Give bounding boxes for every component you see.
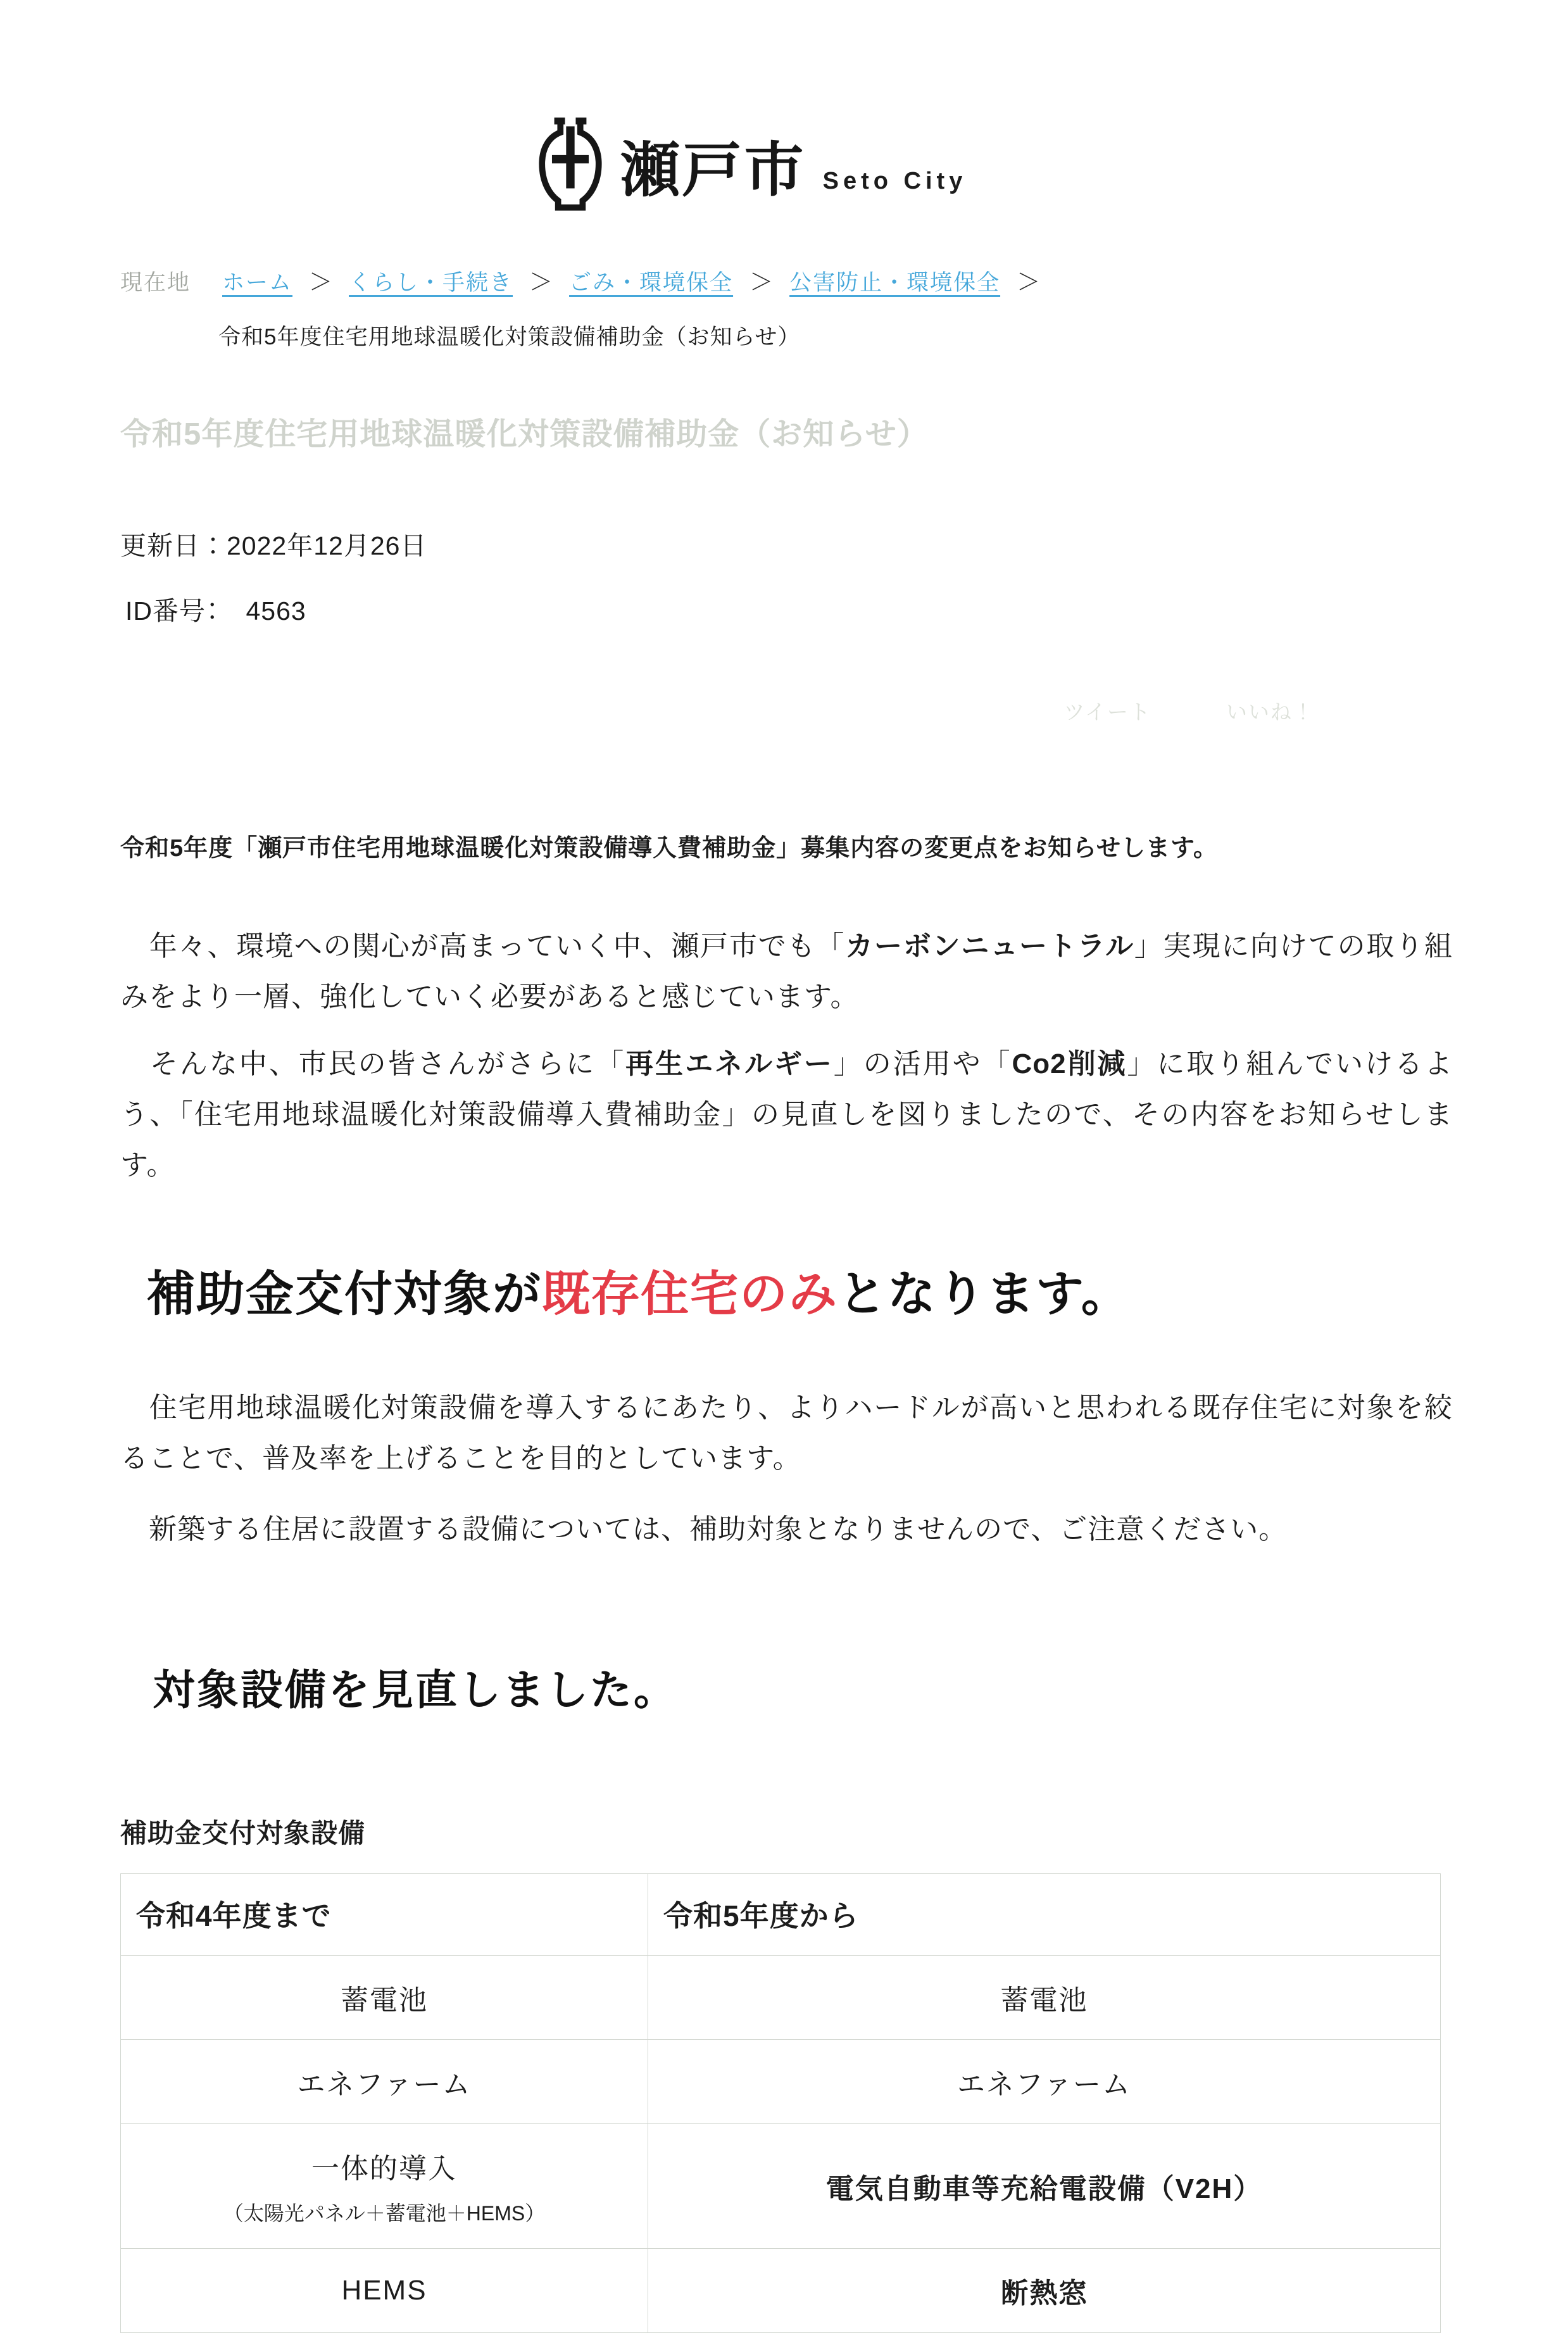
page-id-number: ID番号： 4563 (120, 590, 1453, 627)
cell-old-hems: HEMS (121, 2249, 648, 2333)
announcement-text: 令和5年度「瀬戸市住宅用地球温暖化対策設備導入費補助金」募集内容の変更点をお知ら… (120, 828, 1453, 863)
cell-old-integrated-installation: 一体的導入 （太陽光パネル＋蓄電池＋HEMS） (121, 2124, 648, 2249)
bold-co2-reduction: Co2削減 (1012, 1048, 1127, 1079)
cell-note-text: （太陽光パネル＋蓄電池＋HEMS） (127, 2198, 641, 2227)
tweet-button[interactable]: ツイート (1064, 696, 1151, 726)
breadcrumb-current-page: 令和5年度住宅用地球温暖化対策設備補助金（お知らせ） (218, 320, 1453, 351)
page: 瀬戸市 Seto City 現在地 ホーム ＞ くらし・手続き ＞ ごみ・環境保… (0, 0, 1568, 2333)
cell-new-storage-battery: 蓄電池 (648, 1956, 1441, 2040)
updated-date: 更新日：2022年12月26日 (120, 525, 1453, 562)
breadcrumb-separator: ＞ (1017, 263, 1040, 297)
page-title: 令和5年度住宅用地球温暖化対策設備補助金（お知らせ） (120, 410, 1453, 454)
equipment-comparison-table: 令和4年度まで 令和5年度から 蓄電池 蓄電池 エネファーム エネファーム 一体… (120, 1873, 1441, 2333)
seto-city-logo: 瀬戸市 Seto City (0, 117, 1533, 212)
main-content: 現在地 ホーム ＞ くらし・手続き ＞ ごみ・環境保全 ＞ 公害防止・環境保全 … (120, 263, 1453, 2333)
city-name-en: Seto City (823, 168, 967, 195)
cell-old-storage-battery: 蓄電池 (121, 1956, 648, 2040)
heading-text: 補助金交付対象が (147, 1267, 542, 1321)
breadcrumb-link-gomi[interactable]: ごみ・環境保全 (569, 265, 733, 297)
like-button[interactable]: いいね！ (1226, 696, 1315, 726)
breadcrumb-separator: ＞ (309, 263, 332, 297)
bold-carbon-neutral: カーボンニュートラル (845, 931, 1134, 962)
paragraph-text: 年々、環境への関心が高まっていく中、瀬戸市でも「 (120, 931, 845, 962)
breadcrumb-separator: ＞ (750, 263, 773, 297)
table-header-row: 令和4年度まで 令和5年度から (121, 1874, 1441, 1956)
paragraph-text: 」の活用や「 (834, 1048, 1012, 1079)
cell-new-enefarm: エネファーム (648, 2040, 1441, 2124)
seto-city-emblem-icon (532, 117, 609, 212)
heading-equipment-review: 対象設備を見直しました。 (120, 1656, 1453, 1716)
breadcrumb-location-label: 現在地 (120, 265, 191, 297)
breadcrumb-link-home[interactable]: ホーム (222, 265, 292, 297)
breadcrumb: 現在地 ホーム ＞ くらし・手続き ＞ ごみ・環境保全 ＞ 公害防止・環境保全 … (120, 263, 1453, 351)
column-header-from-r5: 令和5年度から (648, 1874, 1441, 1956)
city-name: 瀬戸市 (620, 122, 806, 208)
paragraph-purpose: 住宅用地球温暖化対策設備を導入するにあたり、よりハードルが高いと思われる既存住宅… (120, 1383, 1453, 1484)
heading-existing-housing-only: 補助金交付対象が既存住宅のみとなります。 (120, 1255, 1453, 1324)
cell-main-text: 一体的導入 (127, 2146, 641, 2186)
cell-new-insulated-window: 断熱窓 (648, 2249, 1441, 2333)
table-row: 蓄電池 蓄電池 (121, 1956, 1441, 2040)
breadcrumb-links-row: 現在地 ホーム ＞ くらし・手続き ＞ ごみ・環境保全 ＞ 公害防止・環境保全 … (120, 263, 1453, 297)
column-header-until-r4: 令和4年度まで (121, 1874, 648, 1956)
table-caption: 補助金交付対象設備 (120, 1813, 1453, 1851)
paragraph-new-construction-note: 新築する住居に設置する設備については、補助対象となりませんので、ご注意ください。 (120, 1504, 1453, 1555)
paragraph-renewable-energy: そんな中、市民の皆さんがさらに「再生エネルギー」の活用や「Co2削減」に取り組ん… (120, 1039, 1453, 1191)
table-row: 一体的導入 （太陽光パネル＋蓄電池＋HEMS） 電気自動車等充給電設備（V2H） (121, 2124, 1441, 2249)
breadcrumb-separator: ＞ (529, 263, 553, 297)
paragraph-carbon-neutral: 年々、環境への関心が高まっていく中、瀬戸市でも「カーボンニュートラル」実現に向け… (120, 921, 1453, 1022)
table-row: エネファーム エネファーム (121, 2040, 1441, 2124)
breadcrumb-link-kurashi[interactable]: くらし・手続き (349, 265, 513, 297)
heading-red-emphasis: 既存住宅のみ (542, 1267, 838, 1321)
table-row: HEMS 断熱窓 (121, 2249, 1441, 2333)
social-buttons: ツイート いいね！ (120, 696, 1453, 726)
cell-old-enefarm: エネファーム (121, 2040, 648, 2124)
breadcrumb-link-kougai[interactable]: 公害防止・環境保全 (789, 265, 1000, 297)
cell-new-v2h: 電気自動車等充給電設備（V2H） (648, 2124, 1441, 2249)
heading-text: となります。 (838, 1267, 1131, 1321)
paragraph-text: そんな中、市民の皆さんがさらに「 (120, 1048, 625, 1079)
bold-renewable-energy: 再生エネルギー (625, 1048, 834, 1079)
